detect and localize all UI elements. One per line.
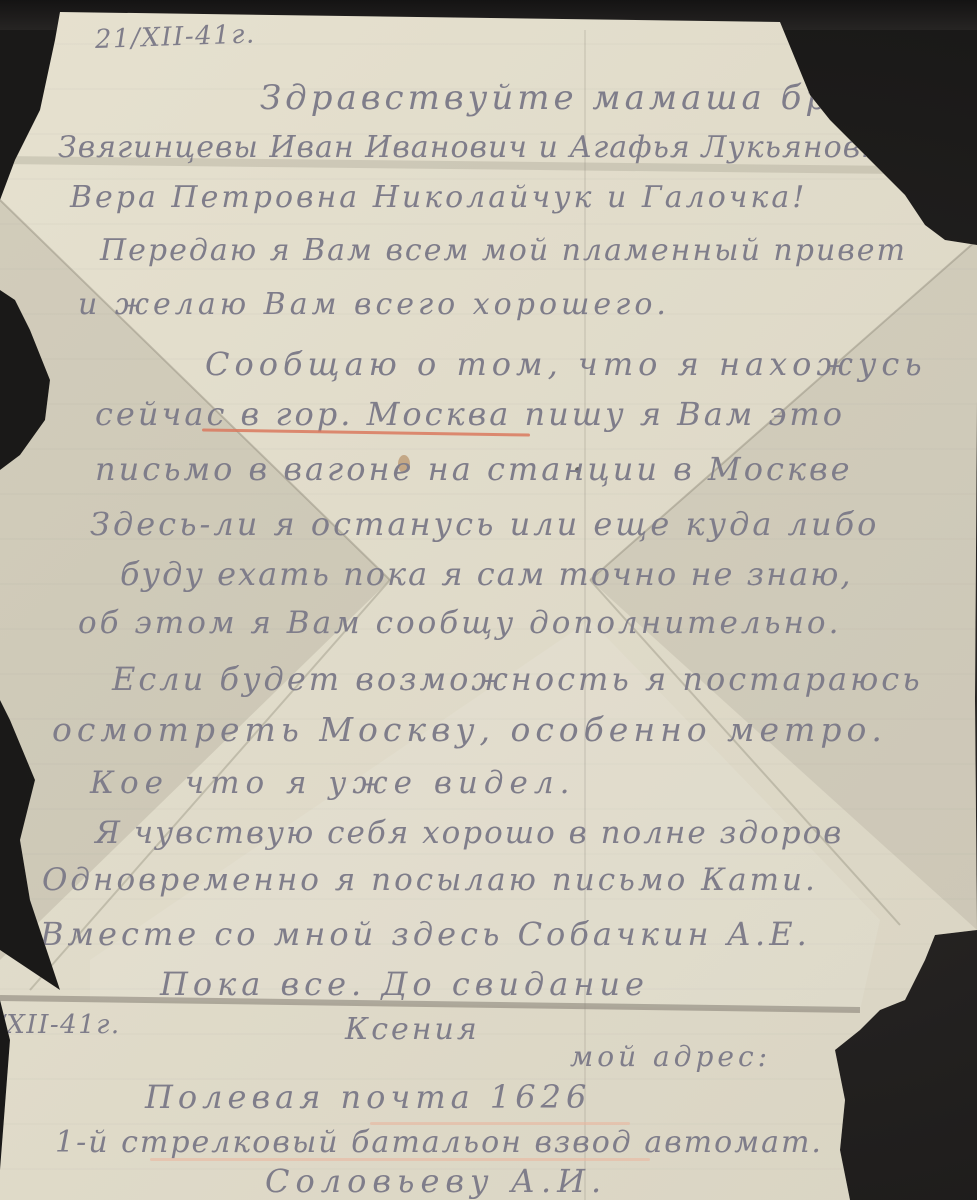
letter-line: Кое что я уже видел. xyxy=(90,765,575,801)
letter-line: сейчас в гор. Москва пишу я Вам это xyxy=(95,395,845,433)
letter-line: об этом я Вам сообщу дополнительно. xyxy=(78,605,841,641)
letter-line: Одновременно я посылаю письмо Кати. xyxy=(42,862,818,898)
margin-date-bottom: 21/XII-41г. xyxy=(0,1010,121,1040)
letter-date: 21/XII-41г. xyxy=(94,19,256,55)
letter-line: Пока все. До свидание xyxy=(160,965,649,1003)
letter-line: и желаю Вам всего хорошего. xyxy=(78,287,670,322)
letter-line: Вера Петровна Николайчук и Галочка! xyxy=(70,180,807,215)
letter-paper: 21/XII-41г. Здравствуйте мамаша брат и З… xyxy=(0,0,977,1200)
letter-line: буду ехать пока я сам точно не знаю, xyxy=(120,555,853,593)
letter-line: Я чувствую себя хорошо в полне здоров xyxy=(95,815,843,851)
address-label: мой адрес: xyxy=(570,1040,771,1073)
letter-line: Сообщаю о том, что я нахожусь xyxy=(205,345,927,383)
letter-line: осмотреть Москву, особенно метро. xyxy=(52,710,887,749)
faint-red-underline xyxy=(150,1158,650,1161)
letter-line: Если будет возможность я постараюсь xyxy=(112,660,923,698)
letter-line: Здесь-ли я останусь или еще куда либо xyxy=(90,505,879,543)
letter-line: письмо в вагоне на станции в Москве xyxy=(95,450,853,488)
letter-line: Передаю я Вам всем мой пламенный привет xyxy=(100,233,907,268)
address-line: Соловьеву А.И. xyxy=(265,1162,607,1200)
letter-line: Вместе со мной здесь Собачкин А.Е. xyxy=(40,915,811,953)
signature: Ксения xyxy=(345,1012,480,1047)
address-line: 1-й стрелковый батальон взвод автомат. xyxy=(55,1125,823,1160)
letter-line: Звягинцевы Иван Иванович и Агафья Лукьян… xyxy=(58,130,901,165)
address-line: Полевая почта 1626 xyxy=(145,1078,591,1116)
